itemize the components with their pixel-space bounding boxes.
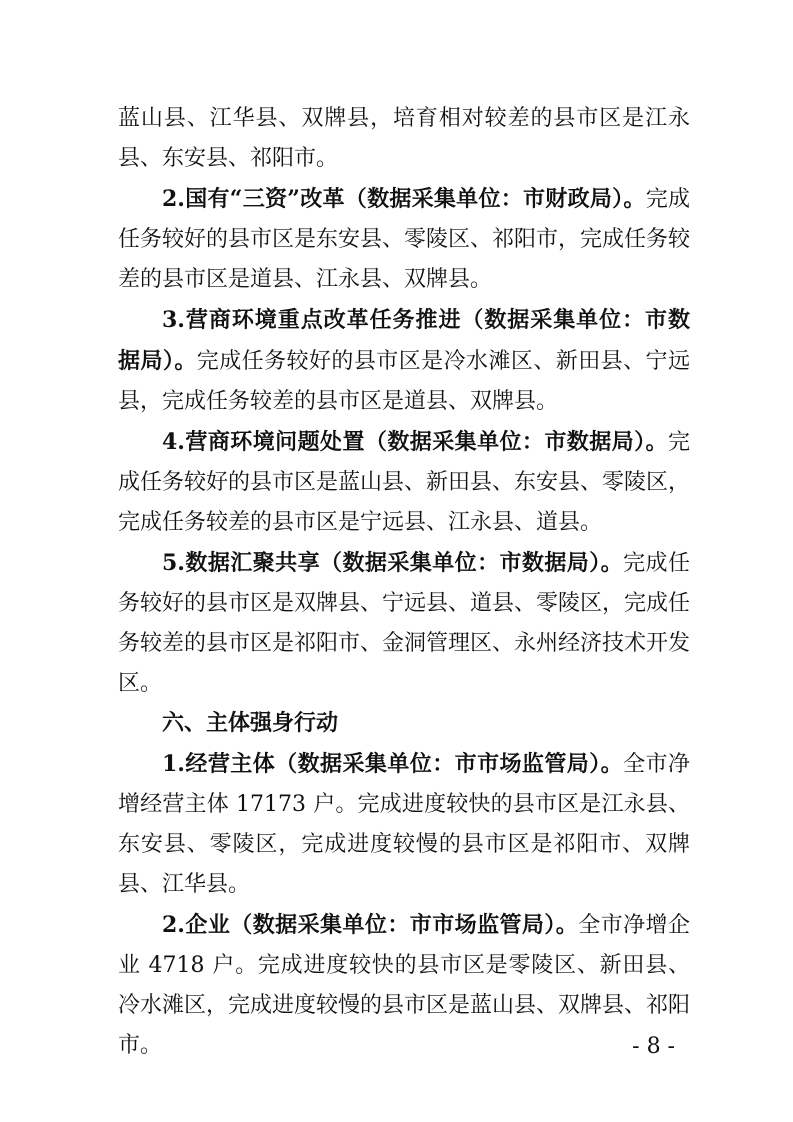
item-heading-run: 2.企业（数据采集单位：市市场监管局）。 bbox=[162, 912, 578, 938]
para-item-4-business-env-issues: 4.营商环境问题处置（数据采集单位：市数据局）。完成任务较好的县市区是蓝山县、新… bbox=[118, 422, 690, 543]
document-body: 蓝山县、江华县、双牌县，培育相对较差的县市区是江永县、东安县、祁阳市。 2.国有… bbox=[118, 99, 690, 1066]
section-heading-text: 六、主体强身行动 bbox=[162, 711, 338, 736]
para-item-2-enterprises: 2.企业（数据采集单位：市市场监管局）。全市净增企业 4718 户。完成进度较快… bbox=[118, 905, 690, 1066]
page-number: - 8 - bbox=[632, 1032, 675, 1062]
body-text-run: 蓝山县、江华县、双牌县，培育相对较差的县市区是江永县、东安县、祁阳市。 bbox=[118, 106, 690, 171]
para-item-1-business-entities: 1.经营主体（数据采集单位：市市场监管局）。全市净增经营主体 17173 户。完… bbox=[118, 744, 690, 905]
para-item-3-business-env-reform: 3.营商环境重点改革任务推进（数据采集单位：市数据局）。完成任务较好的县市区是冷… bbox=[118, 300, 690, 422]
item-heading-run: 2.国有“三资”改革（数据采集单位：市财政局）。 bbox=[162, 186, 646, 212]
item-heading-run: 1.经营主体（数据采集单位：市市场监管局）。 bbox=[162, 751, 623, 777]
item-heading-run: 4.营商环境问题处置（数据采集单位：市数据局）。 bbox=[162, 429, 668, 455]
document-page: 蓝山县、江华县、双牌县，培育相对较差的县市区是江永县、东安县、祁阳市。 2.国有… bbox=[0, 0, 793, 1122]
para-item-5-data-sharing: 5.数据汇聚共享（数据采集单位：市数据局）。完成任务较好的县市区是双牌县、宁远县… bbox=[118, 543, 690, 704]
body-text-run: 完成任务较好的县市区是冷水滩区、新田县、宁远县，完成任务较差的县市区是道县、双牌… bbox=[118, 349, 690, 414]
para-item-2-state-assets: 2.国有“三资”改革（数据采集单位：市财政局）。完成任务较好的县市区是东安县、零… bbox=[118, 179, 690, 300]
para-continuation: 蓝山县、江华县、双牌县，培育相对较差的县市区是江永县、东安县、祁阳市。 bbox=[118, 99, 690, 179]
section-heading-six: 六、主体强身行动 bbox=[118, 704, 690, 744]
item-heading-run: 5.数据汇聚共享（数据采集单位：市数据局）。 bbox=[162, 550, 623, 576]
